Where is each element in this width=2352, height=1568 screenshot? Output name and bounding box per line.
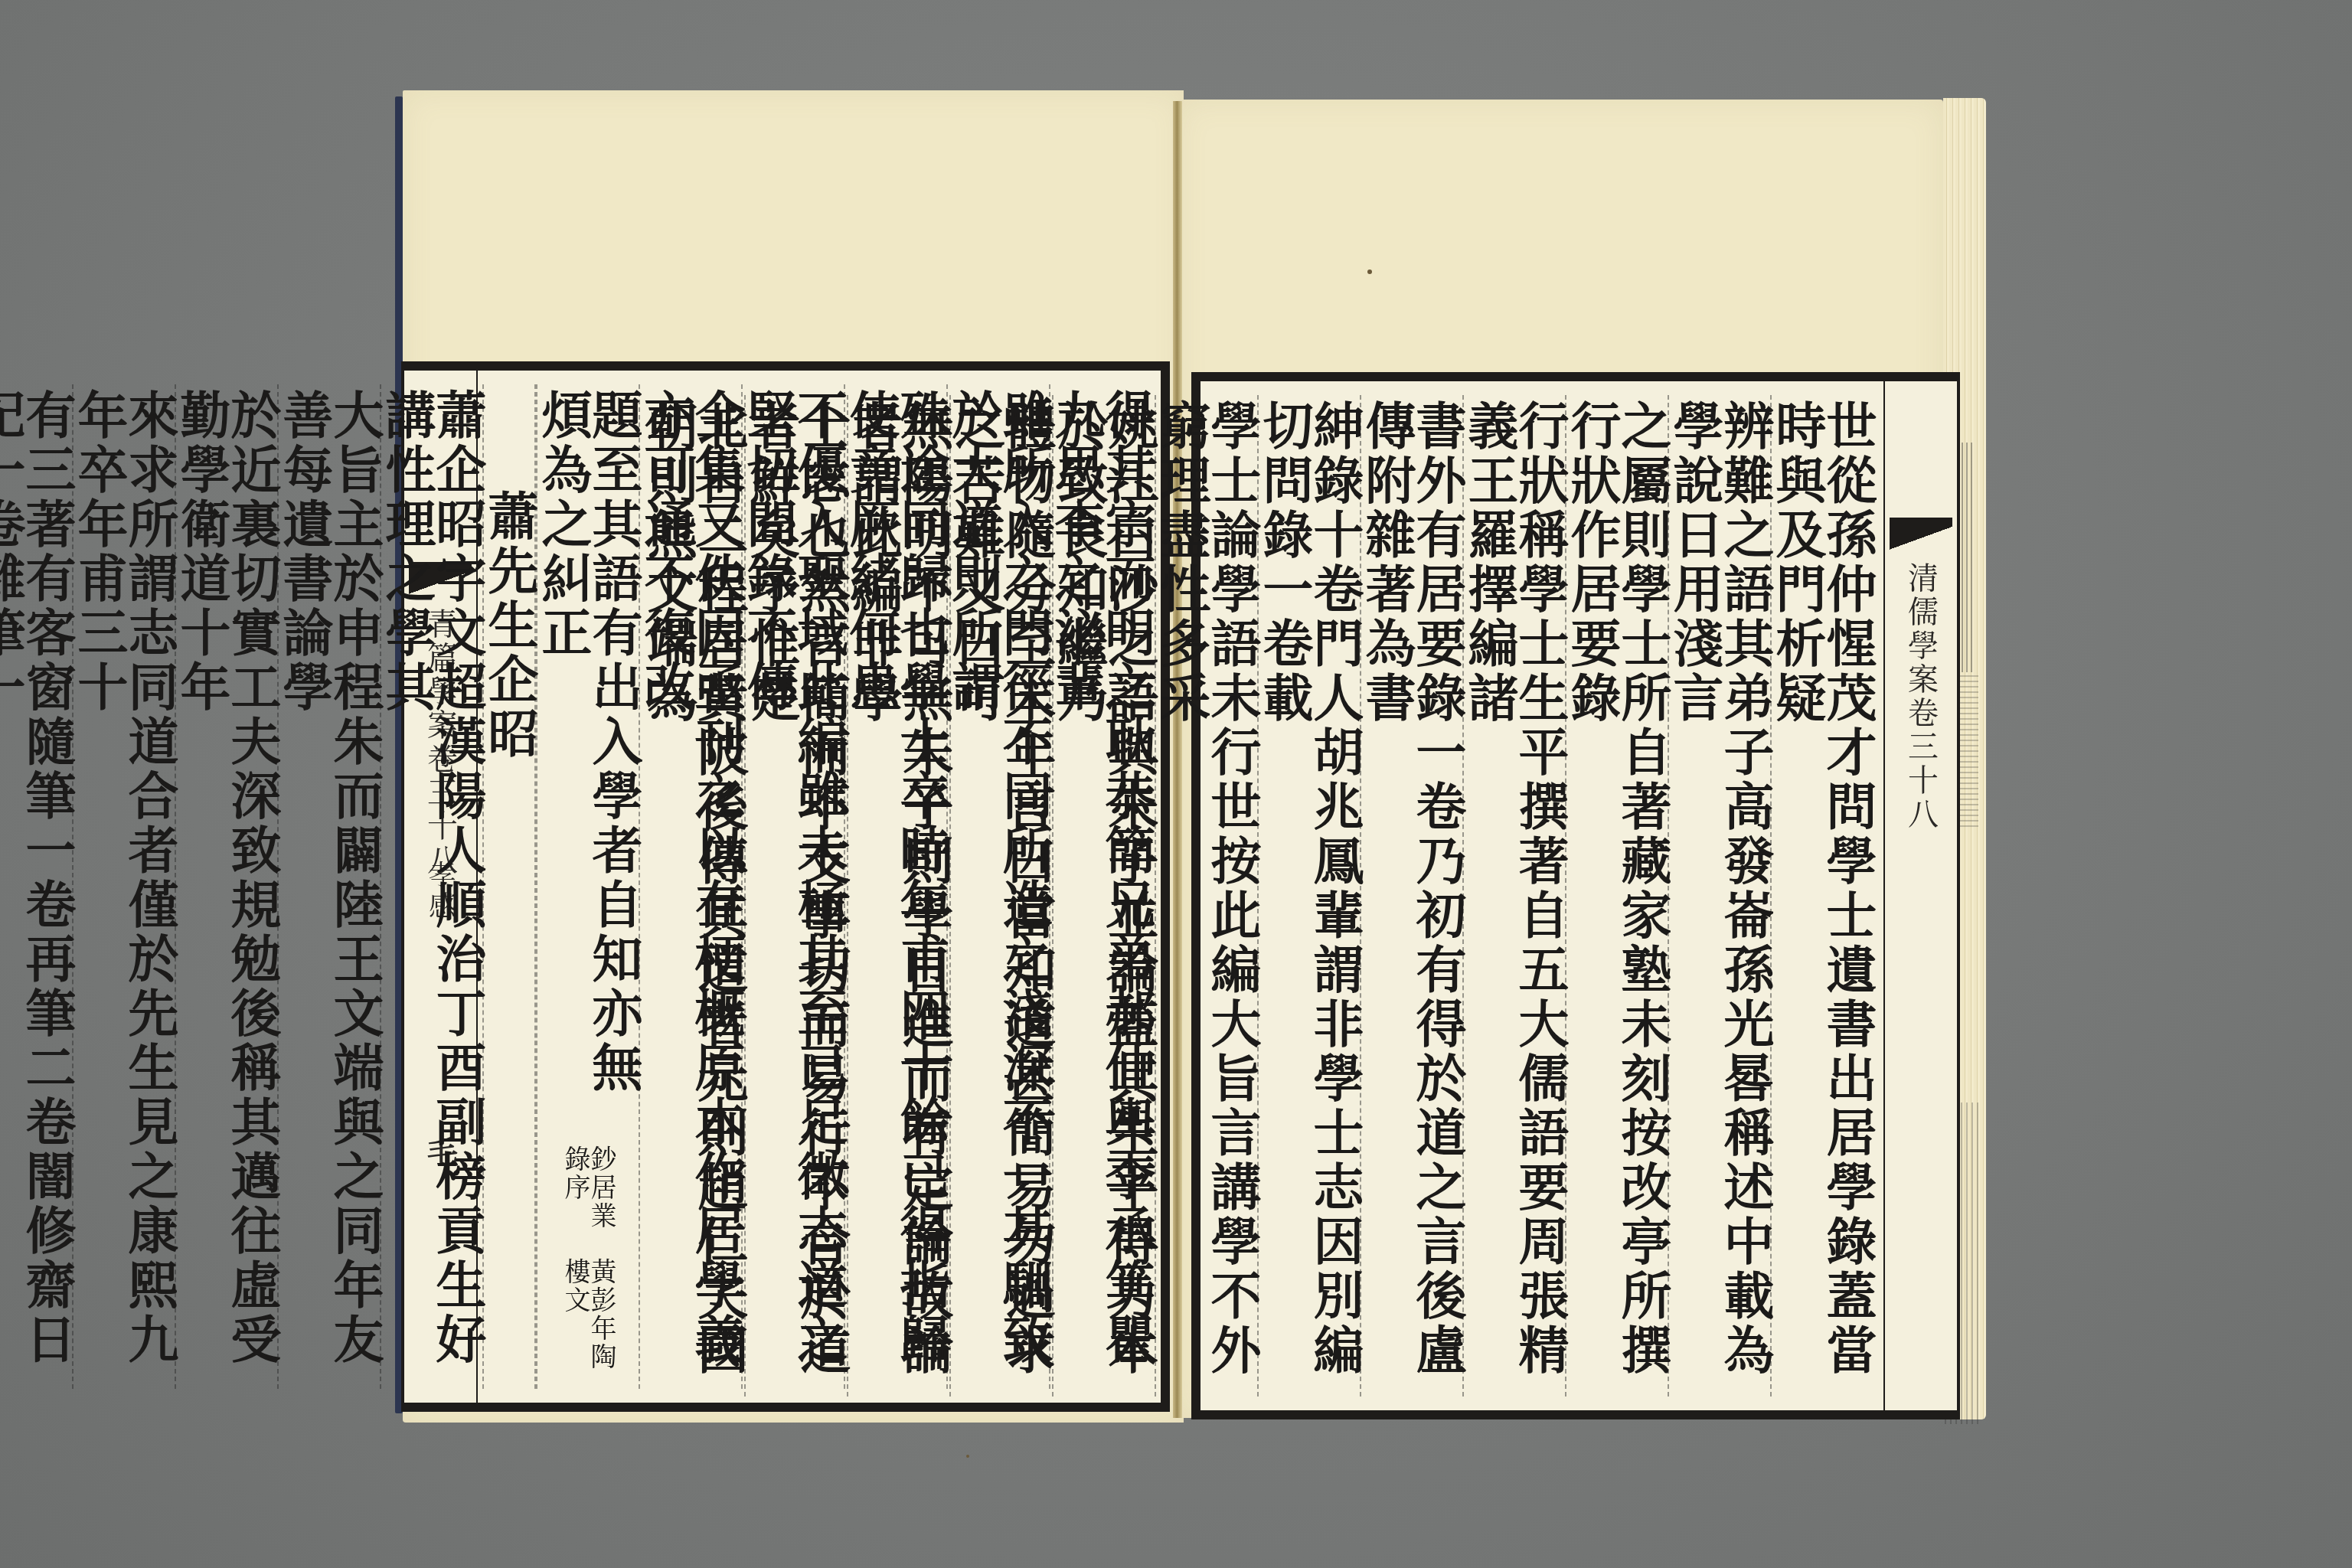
column-text: 士志也然言簡而不支事切而易行不合於道者鮮矣予惟楚 bbox=[746, 400, 847, 1396]
column-text: 來求所謂志同道合者僅於先生見之康熙九年卒年甫三十 bbox=[73, 389, 175, 1389]
column-text: 紳錄十卷門人胡兆鳳輩謂非學士志因別編切問錄一卷載 bbox=[1259, 400, 1360, 1396]
text-column: 來求所謂志同道合者僅於先生見之康熙九年卒年甫三十 bbox=[72, 384, 175, 1389]
column-text: 辨難之語其弟子高發崙孫光晷稱述中載為學說日用淺言 bbox=[1669, 400, 1770, 1396]
right-print-frame: 清儒學案卷三十八 世從孫仲惺茂才問學士遺書出居學錄蓋當時與及門析疑 辨難之語其弟… bbox=[1191, 372, 1960, 1419]
text-column: 北自二程居黃陂後傳其道者元則趙仁夫國朝則熊文端為 bbox=[643, 395, 744, 1396]
column-text: 於近裏切實工夫深致規勉後稱其邁往虛受勤學衛道十年 bbox=[176, 389, 277, 1389]
text-column-with-note: 題至其語有出入學者自知亦無煩為之糾正 黃彭年陶樓文 鈔居業錄序 bbox=[536, 384, 639, 1389]
interlinear-note: 黃彭年陶樓文 鈔居業錄序 bbox=[562, 1145, 614, 1389]
text-column: 行狀稱學士生平撰著自五大儒語要周張精義王羅擇編諸 bbox=[1462, 395, 1565, 1396]
right-banxin: 清儒學案卷三十八 bbox=[1883, 381, 1957, 1410]
right-text-columns: 世從孫仲惺茂才問學士遺書出居學錄蓋當時與及門析疑 辨難之語其弟子高發崙孫光晷稱述… bbox=[1210, 395, 1873, 1396]
section-heading: 蕭先生企昭 bbox=[484, 389, 534, 762]
paper-speck bbox=[966, 1455, 969, 1458]
text-column: 於近裏切實工夫深致規勉後稱其邁往虛受勤學衛道十年 bbox=[175, 384, 277, 1389]
column-text: 大旨主於申程朱而闢陸王文端與之同年友善每遺書論學 bbox=[279, 389, 380, 1389]
text-column: 姚江白沙之語與朱子並論蓋其生平得力本於致良知繼乃 bbox=[1052, 395, 1155, 1396]
text-column: 有三著有客窗隨筆一卷再筆二卷闇修齋日記一卷雜筆一 bbox=[0, 384, 72, 1389]
text-column: 大旨主於申程朱而闢陸王文端與之同年友善每遺書論學 bbox=[277, 384, 380, 1389]
fishtail-mark-icon bbox=[1890, 518, 1952, 553]
column-text: 世從孫仲惺茂才問學士遺書出居學錄蓋當時與及門析疑 bbox=[1772, 400, 1873, 1396]
text-column: 學士論學語未行世按此編大旨言講學不外窮理盡性多采 bbox=[1155, 395, 1257, 1396]
column-text: 書外有居要錄一卷乃初有得於道之言後盧傳附雜著為書 bbox=[1361, 400, 1462, 1396]
text-column: 體物隨分至末年言曰當知道甚簡易勿過求之苦難又曰可 bbox=[949, 395, 1052, 1396]
column-text: 蕭企昭字文超漢陽人順治丁酉副榜貢生好講性理之學其 bbox=[381, 389, 482, 1389]
text-column: 無陽明不可無朱子則學日進而有定論故論者謂此編非學 bbox=[847, 395, 949, 1396]
text-column: 之屬則學士所自著藏家塾未刻按改亭所撰行狀作居要錄 bbox=[1565, 395, 1668, 1396]
text-column: 世從孫仲惺茂才問學士遺書出居學錄蓋當時與及門析疑 bbox=[1770, 395, 1873, 1396]
column-text: 體物隨分至末年言曰當知道甚簡易勿過求之苦難又曰可 bbox=[951, 400, 1052, 1396]
column-text: 北自二程居黃陂後傳其道者元則趙仁夫國朝則熊文端為 bbox=[643, 400, 744, 1396]
text-column: 辨難之語其弟子高發崙孫光晷稱述中載為學說日用淺言 bbox=[1668, 395, 1770, 1396]
column-text: 之屬則學士所自著藏家塾未刻按改亭所撰行狀作居要錄 bbox=[1566, 400, 1668, 1396]
note-line: 黃彭年陶樓文 bbox=[562, 1258, 614, 1389]
section-heading-column: 蕭先生企昭 bbox=[482, 384, 534, 1389]
banxin-title: 清儒學案卷三十八 bbox=[1900, 562, 1943, 831]
text-column: 書外有居要錄一卷乃初有得於道之言後盧傳附雜著為書 bbox=[1360, 395, 1462, 1396]
column-text: 有三著有客窗隨筆一卷再筆二卷闇修齋日記一卷雜筆一 bbox=[0, 389, 72, 1389]
column-text: 行狀稱學士生平撰著自五大儒語要周張精義王羅擇編諸 bbox=[1464, 400, 1565, 1396]
text-column: 紳錄十卷門人胡兆鳳輩謂非學士志因別編切問錄一卷載 bbox=[1257, 395, 1360, 1396]
note-line: 鈔居業錄序 bbox=[562, 1145, 614, 1255]
text-column: 蕭企昭字文超漢陽人順治丁酉副榜貢生好講性理之學其 bbox=[380, 384, 482, 1389]
column-text: 姚江白沙之語與朱子並論蓋其生平得力本於致良知繼乃 bbox=[1053, 400, 1155, 1396]
column-text: 題至其語有出入學者自知亦無煩為之糾正 bbox=[537, 389, 639, 1145]
column-text: 學士論學語未行世按此編大旨言講學不外窮理盡性多采 bbox=[1156, 400, 1257, 1396]
open-book: 青篇學案卷三十八 孝感 毛 得其宗而明之耿恭簡兄弟郝仲輿李承箕瞿九思李之泌輩 雖… bbox=[0, 0, 2352, 1568]
paper-speck bbox=[1367, 269, 1372, 274]
text-column: 士志也然言簡而不支事切而易行不合於道者鮮矣予惟楚 bbox=[744, 395, 847, 1396]
column-text: 無陽明不可無朱子則學日進而有定論故論者謂此編非學 bbox=[848, 400, 949, 1396]
